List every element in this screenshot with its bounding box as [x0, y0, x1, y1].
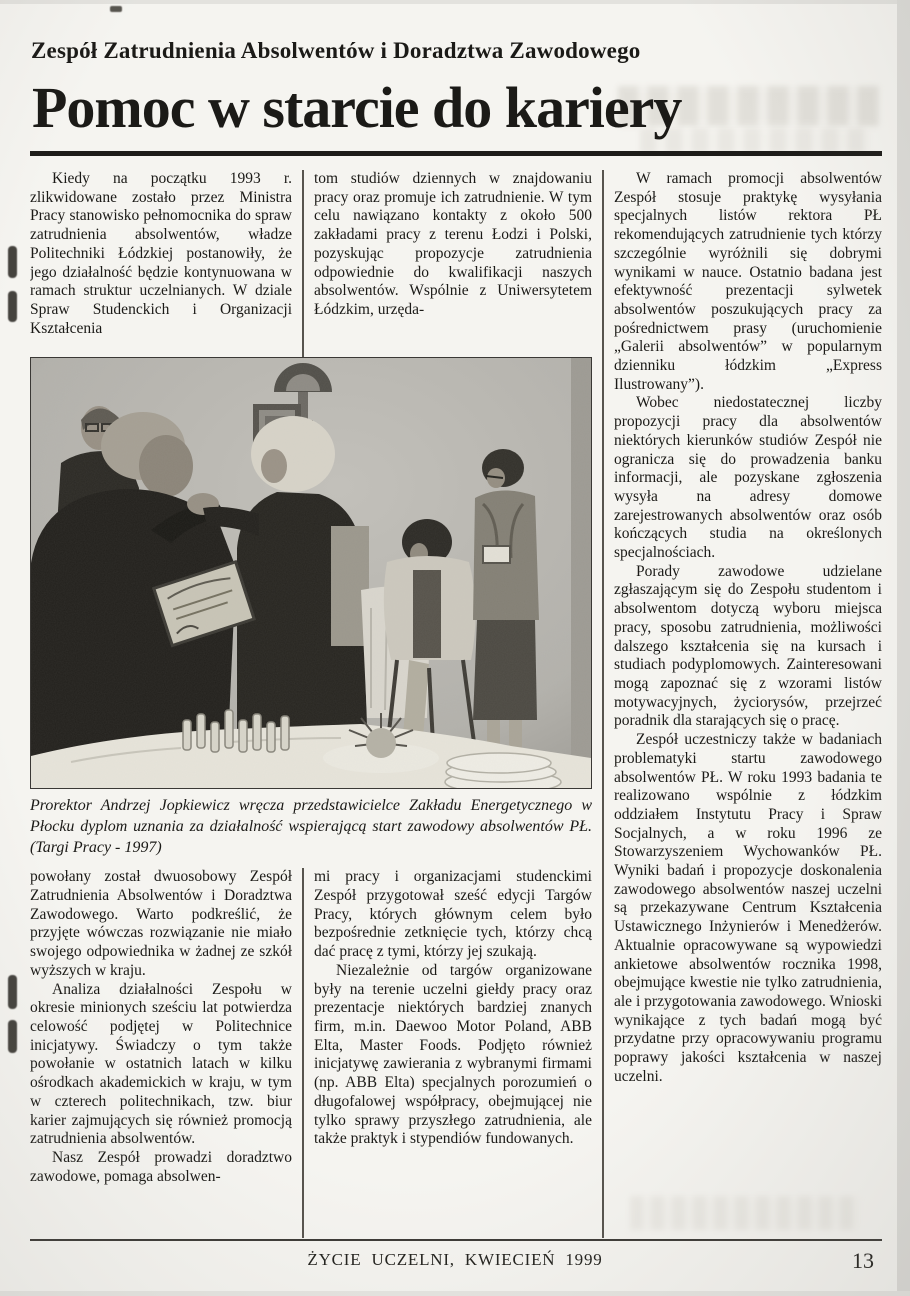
article-paragraph: W ramach promocji absolwentów Zespół sto…: [614, 170, 882, 394]
footer-page-number: 13: [852, 1248, 874, 1274]
scan-artifact: [110, 6, 122, 12]
article-paragraph: Nasz Zespół prowadzi doradztwo zawodowe,…: [30, 1149, 292, 1186]
left-columns-block: Kiedy na początku 1993 r. zlikwidowane z…: [30, 170, 592, 1238]
article-body: Kiedy na początku 1993 r. zlikwidowane z…: [30, 170, 882, 1238]
article-paragraph: tom studiów dziennych w znajdowaniu prac…: [314, 170, 592, 320]
ink-bleedthrough: [628, 42, 878, 68]
scan-edge-right: [897, 0, 910, 1296]
photo-caption: Prorektor Andrzej Jopkiewicz wręcza prze…: [30, 795, 592, 861]
footer-journal-title: ŻYCIE UCZELNI, KWIECIEŃ 1999: [0, 1250, 910, 1270]
article-paragraph: Analiza działalności Zespołu w okresie m…: [30, 981, 292, 1149]
article-paragraph: Niezależnie od targów organizowane były …: [314, 962, 592, 1149]
article-kicker: Zespół Zatrudnienia Absolwentów i Doradz…: [31, 38, 641, 64]
article-photo: [30, 357, 592, 789]
footer-rule: [30, 1239, 882, 1241]
article-paragraph: Zespół uczestniczy także w badaniach pro…: [614, 731, 882, 1086]
column-3: W ramach promocji absolwentów Zespół sto…: [614, 170, 882, 1238]
column-1-bottom: powołany został dwuosobowy Zespół Zatrud…: [30, 868, 292, 1238]
top-columns-row: Kiedy na początku 1993 r. zlikwidowane z…: [30, 170, 592, 357]
bottom-columns-row: powołany został dwuosobowy Zespół Zatrud…: [30, 868, 592, 1238]
scan-artifact: [8, 291, 17, 322]
scan-artifact: [8, 975, 17, 1009]
column-1-top: Kiedy na początku 1993 r. zlikwidowane z…: [30, 170, 292, 357]
article-paragraph: Kiedy na początku 1993 r. zlikwidowane z…: [30, 170, 292, 338]
article-paragraph: powołany został dwuosobowy Zespół Zatrud…: [30, 868, 292, 980]
column-divider: [302, 868, 304, 1238]
column-divider: [602, 170, 604, 1238]
scan-edge-top: [0, 0, 910, 4]
title-rule: [30, 151, 882, 156]
article-title: Pomoc w starcie do kariery: [32, 74, 681, 141]
article-paragraph: Porady zawodowe udzielane zgłaszającym s…: [614, 563, 882, 731]
scan-artifact: [8, 1020, 17, 1053]
article-paragraph: Wobec niedostatecznej liczby propozycji …: [614, 394, 882, 562]
column-divider: [302, 170, 304, 357]
scan-edge-bottom: [0, 1291, 910, 1296]
scan-artifact: [8, 246, 17, 278]
article-paragraph: mi pracy i organizacjami studenckimi Zes…: [314, 868, 592, 962]
column-2-top: tom studiów dziennych w znajdowaniu prac…: [314, 170, 592, 357]
column-2-bottom: mi pracy i organizacjami studenckimi Zes…: [314, 868, 592, 1238]
